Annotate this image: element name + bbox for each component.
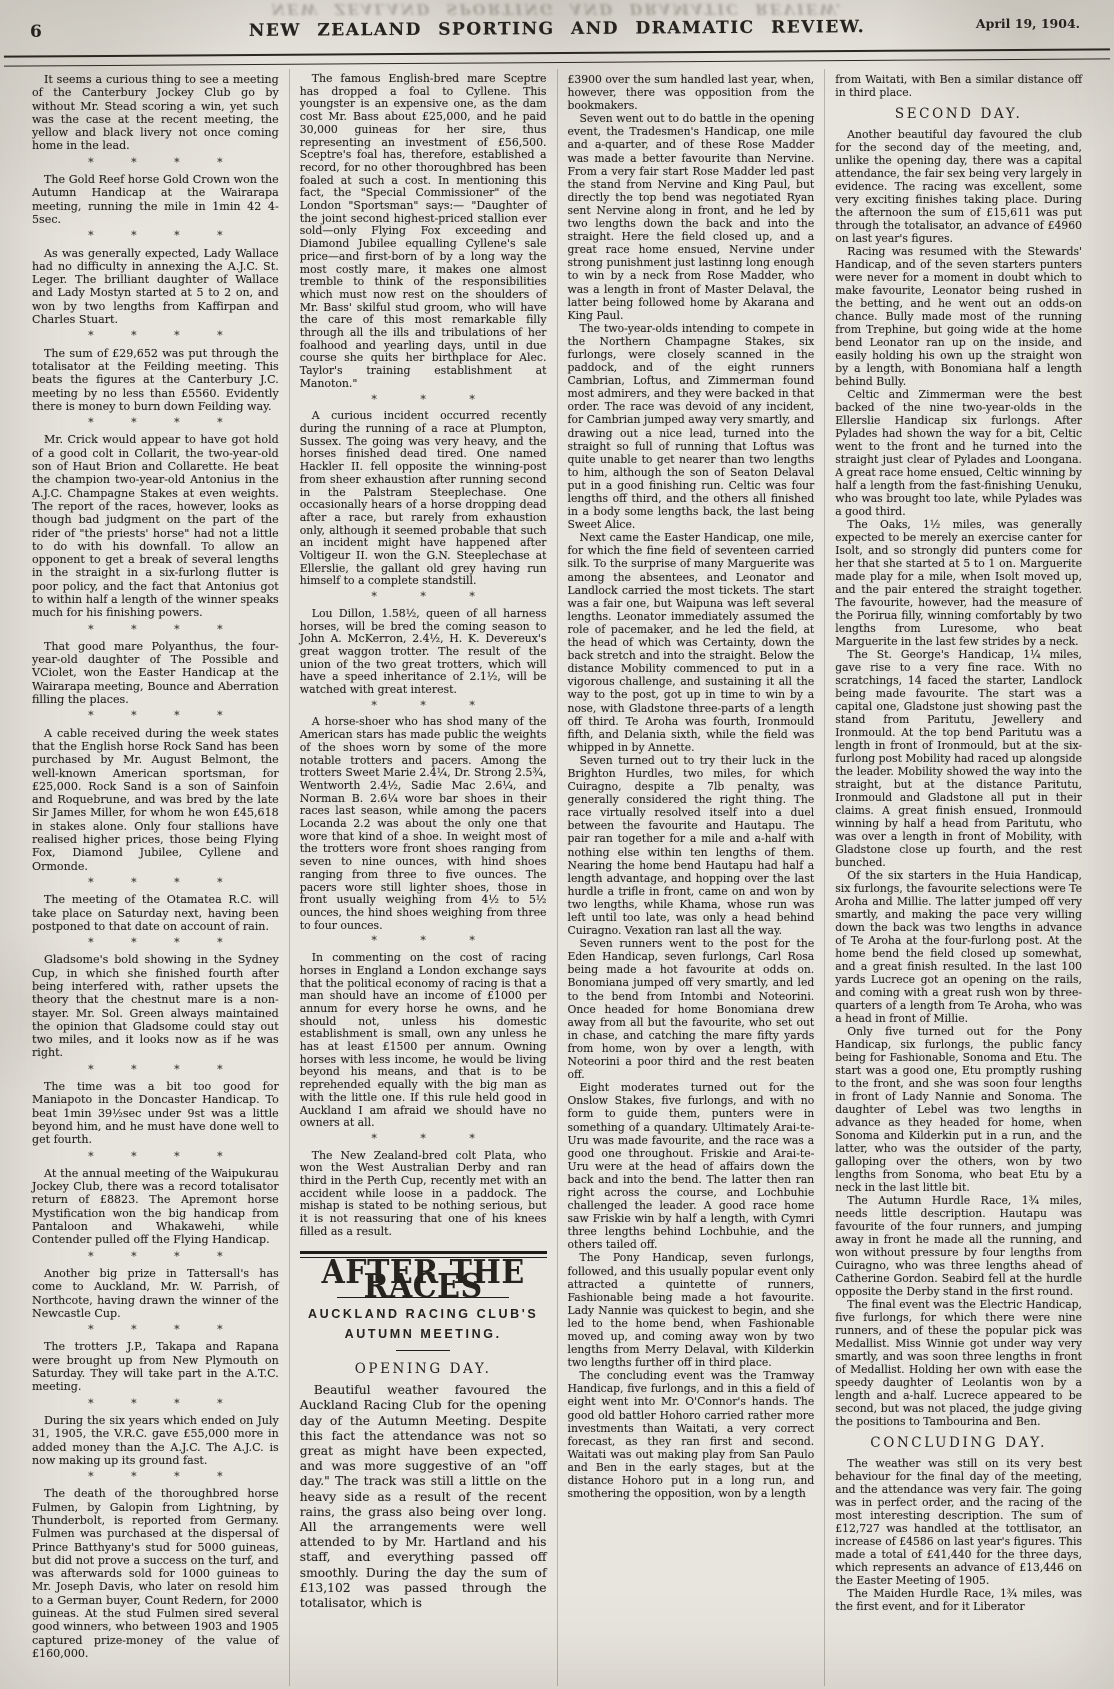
asterisk-separator: * * * * xyxy=(32,623,279,636)
asterisk-separator: * * * * xyxy=(32,1250,279,1263)
paragraph: The Maiden Hurdle Race, 1¾ miles, was th… xyxy=(835,1587,1082,1613)
asterisk-separator: * * * * xyxy=(32,876,279,889)
asterisk-separator: * * * xyxy=(300,935,547,948)
paragraph: Lou Dillon, 1.58½, queen of all harness … xyxy=(300,608,547,697)
section-title: AFTER THE RACES xyxy=(300,1267,547,1294)
column-2-turf-notes: The famous English-bred mare Sceptre has… xyxy=(290,69,558,1686)
paragraph: The meeting of the Otamatea R.C. will ta… xyxy=(32,893,279,933)
paragraph: It seems a curious thing to see a meetin… xyxy=(32,73,279,153)
asterisk-separator: * * * * xyxy=(32,936,279,949)
article-columns: It seems a curious thing to see a meetin… xyxy=(0,63,1114,1686)
paragraph: A curious incident occurred recently dur… xyxy=(300,410,547,588)
paragraph: The two-year-olds intending to compete i… xyxy=(568,322,815,532)
paragraph: During the six years which ended on July… xyxy=(32,1414,279,1467)
asterisk-separator: * * * xyxy=(300,1133,547,1146)
paragraph: The St. George's Handicap, 1¼ miles, gav… xyxy=(835,648,1082,869)
section-subtitle-line2: AUTUMN MEETING. xyxy=(300,1328,547,1341)
asterisk-separator: * * * * xyxy=(32,1470,279,1483)
column-4-race-report: from Waitati, with Ben a similar distanc… xyxy=(825,69,1092,1686)
concluding-day-heading: CONCLUDING DAY. xyxy=(835,1437,1082,1450)
paragraph: Only five turned out for the Pony Handic… xyxy=(835,1025,1082,1194)
paragraph: The time was a bit too good for Maniapot… xyxy=(32,1080,279,1146)
paragraph: At the annual meeting of the Waipukurau … xyxy=(32,1167,279,1247)
turf-notes-list: The famous English-bred mare Sceptre has… xyxy=(300,73,547,1239)
paragraph: Another beautiful day favoured the club … xyxy=(835,128,1082,245)
paragraph: Another big prize in Tattersall's has co… xyxy=(32,1267,279,1320)
second-day-report: Another beautiful day favoured the club … xyxy=(835,128,1082,1428)
masthead-title: NEW ZEALAND SPORTING AND DRAMATIC REVIEW… xyxy=(0,16,1114,43)
paragraph: The weather was still on its very best b… xyxy=(835,1457,1082,1587)
asterisk-separator: * * * * xyxy=(32,1397,279,1410)
paragraph: The Oaks, 1½ miles, was generally expect… xyxy=(835,518,1082,648)
paragraph: Next came the Easter Handicap, one mile,… xyxy=(568,531,815,754)
newspaper-page: NEW ZEALAND SPORTING AND DRAMATIC REVIEW… xyxy=(0,0,1114,1689)
paragraph: As was generally expected, Lady Wallace … xyxy=(32,247,279,327)
paragraph: Eight moderates turned out for the Onslo… xyxy=(568,1081,815,1251)
turf-notes-list: It seems a curious thing to see a meetin… xyxy=(32,73,279,1660)
section-subtitle-line1: AUCKLAND RACING CLUB'S xyxy=(300,1308,547,1321)
paragraph: Racing was resumed with the Stewards' Ha… xyxy=(835,245,1082,388)
asterisk-separator: * * * xyxy=(300,700,547,713)
paragraph: Seven turned out to try their luck in th… xyxy=(568,754,815,937)
paragraph: £3900 over the sum handled last year, wh… xyxy=(568,73,815,112)
short-center-rule xyxy=(396,1350,450,1351)
second-day-heading: SECOND DAY. xyxy=(835,108,1082,121)
paragraph: The death of the thoroughbred horse Fulm… xyxy=(32,1487,279,1660)
paragraph: The sum of £29,652 was put through the t… xyxy=(32,347,279,413)
column-3-race-report: £3900 over the sum handled last year, wh… xyxy=(558,69,826,1686)
paragraph: That good mare Polyanthus, the four-year… xyxy=(32,640,279,706)
paragraph: Beautiful weather favoured the Auckland … xyxy=(300,1383,547,1611)
paragraph: The Autumn Hurdle Race, 1¾ miles, needs … xyxy=(835,1194,1082,1298)
asterisk-separator: * * * * xyxy=(32,156,279,169)
paragraph: Seven runners went to the post for the E… xyxy=(568,937,815,1081)
paragraph: Mr. Crick would appear to have got hold … xyxy=(32,433,279,619)
asterisk-separator: * * * xyxy=(300,394,547,407)
concluding-day-report: The weather was still on its very best b… xyxy=(835,1457,1082,1613)
paragraph: The concluding event was the Tramway Han… xyxy=(568,1369,815,1500)
column-1-turf-notes: It seems a curious thing to see a meetin… xyxy=(22,69,290,1686)
paragraph: Of the six starters in the Huia Handicap… xyxy=(835,869,1082,1025)
paragraph: The final event was the Electric Handica… xyxy=(835,1298,1082,1428)
asterisk-separator: * * * * xyxy=(32,1150,279,1163)
showthrough-ghost-text: NEW ZEALAND SPORTING AND DRAMATIC REVIEW… xyxy=(0,0,1114,18)
paragraph: In commenting on the cost of racing hors… xyxy=(300,952,547,1130)
continuation-paragraph: from Waitati, with Ben a similar distanc… xyxy=(835,73,1082,99)
paragraph: Seven went out to do battle in the openi… xyxy=(568,112,815,322)
paragraph: The Pony Handicap, seven furlongs, follo… xyxy=(568,1251,815,1369)
asterisk-separator: * * * * xyxy=(32,329,279,342)
page-header: NEW ZEALAND SPORTING AND DRAMATIC REVIEW… xyxy=(0,0,1114,52)
paragraph: Gladsome's bold showing in the Sydney Cu… xyxy=(32,953,279,1059)
paragraph: The Gold Reef horse Gold Crown won the A… xyxy=(32,173,279,226)
opening-day-report: Beautiful weather favoured the Auckland … xyxy=(300,1383,547,1611)
opening-day-heading: OPENING DAY. xyxy=(300,1363,547,1376)
asterisk-separator: * * * xyxy=(300,591,547,604)
race-report-list: £3900 over the sum handled last year, wh… xyxy=(568,73,815,1500)
asterisk-separator: * * * * xyxy=(32,1323,279,1336)
issue-date: April 19, 1904. xyxy=(976,16,1080,31)
asterisk-separator: * * * * xyxy=(32,416,279,429)
paragraph: Celtic and Zimmerman were the best backe… xyxy=(835,388,1082,518)
paragraph: A horse-shoer who has shod many of the A… xyxy=(300,716,547,932)
paragraph: A cable received during the week states … xyxy=(32,727,279,873)
paragraph: The famous English-bred mare Sceptre has… xyxy=(300,73,547,391)
asterisk-separator: * * * * xyxy=(32,1063,279,1076)
paragraph: The trotters J.P., Takapa and Rapana wer… xyxy=(32,1340,279,1393)
asterisk-separator: * * * * xyxy=(32,229,279,242)
asterisk-separator: * * * * xyxy=(32,709,279,722)
paragraph: The New Zealand-bred colt Plata, who won… xyxy=(300,1150,547,1239)
